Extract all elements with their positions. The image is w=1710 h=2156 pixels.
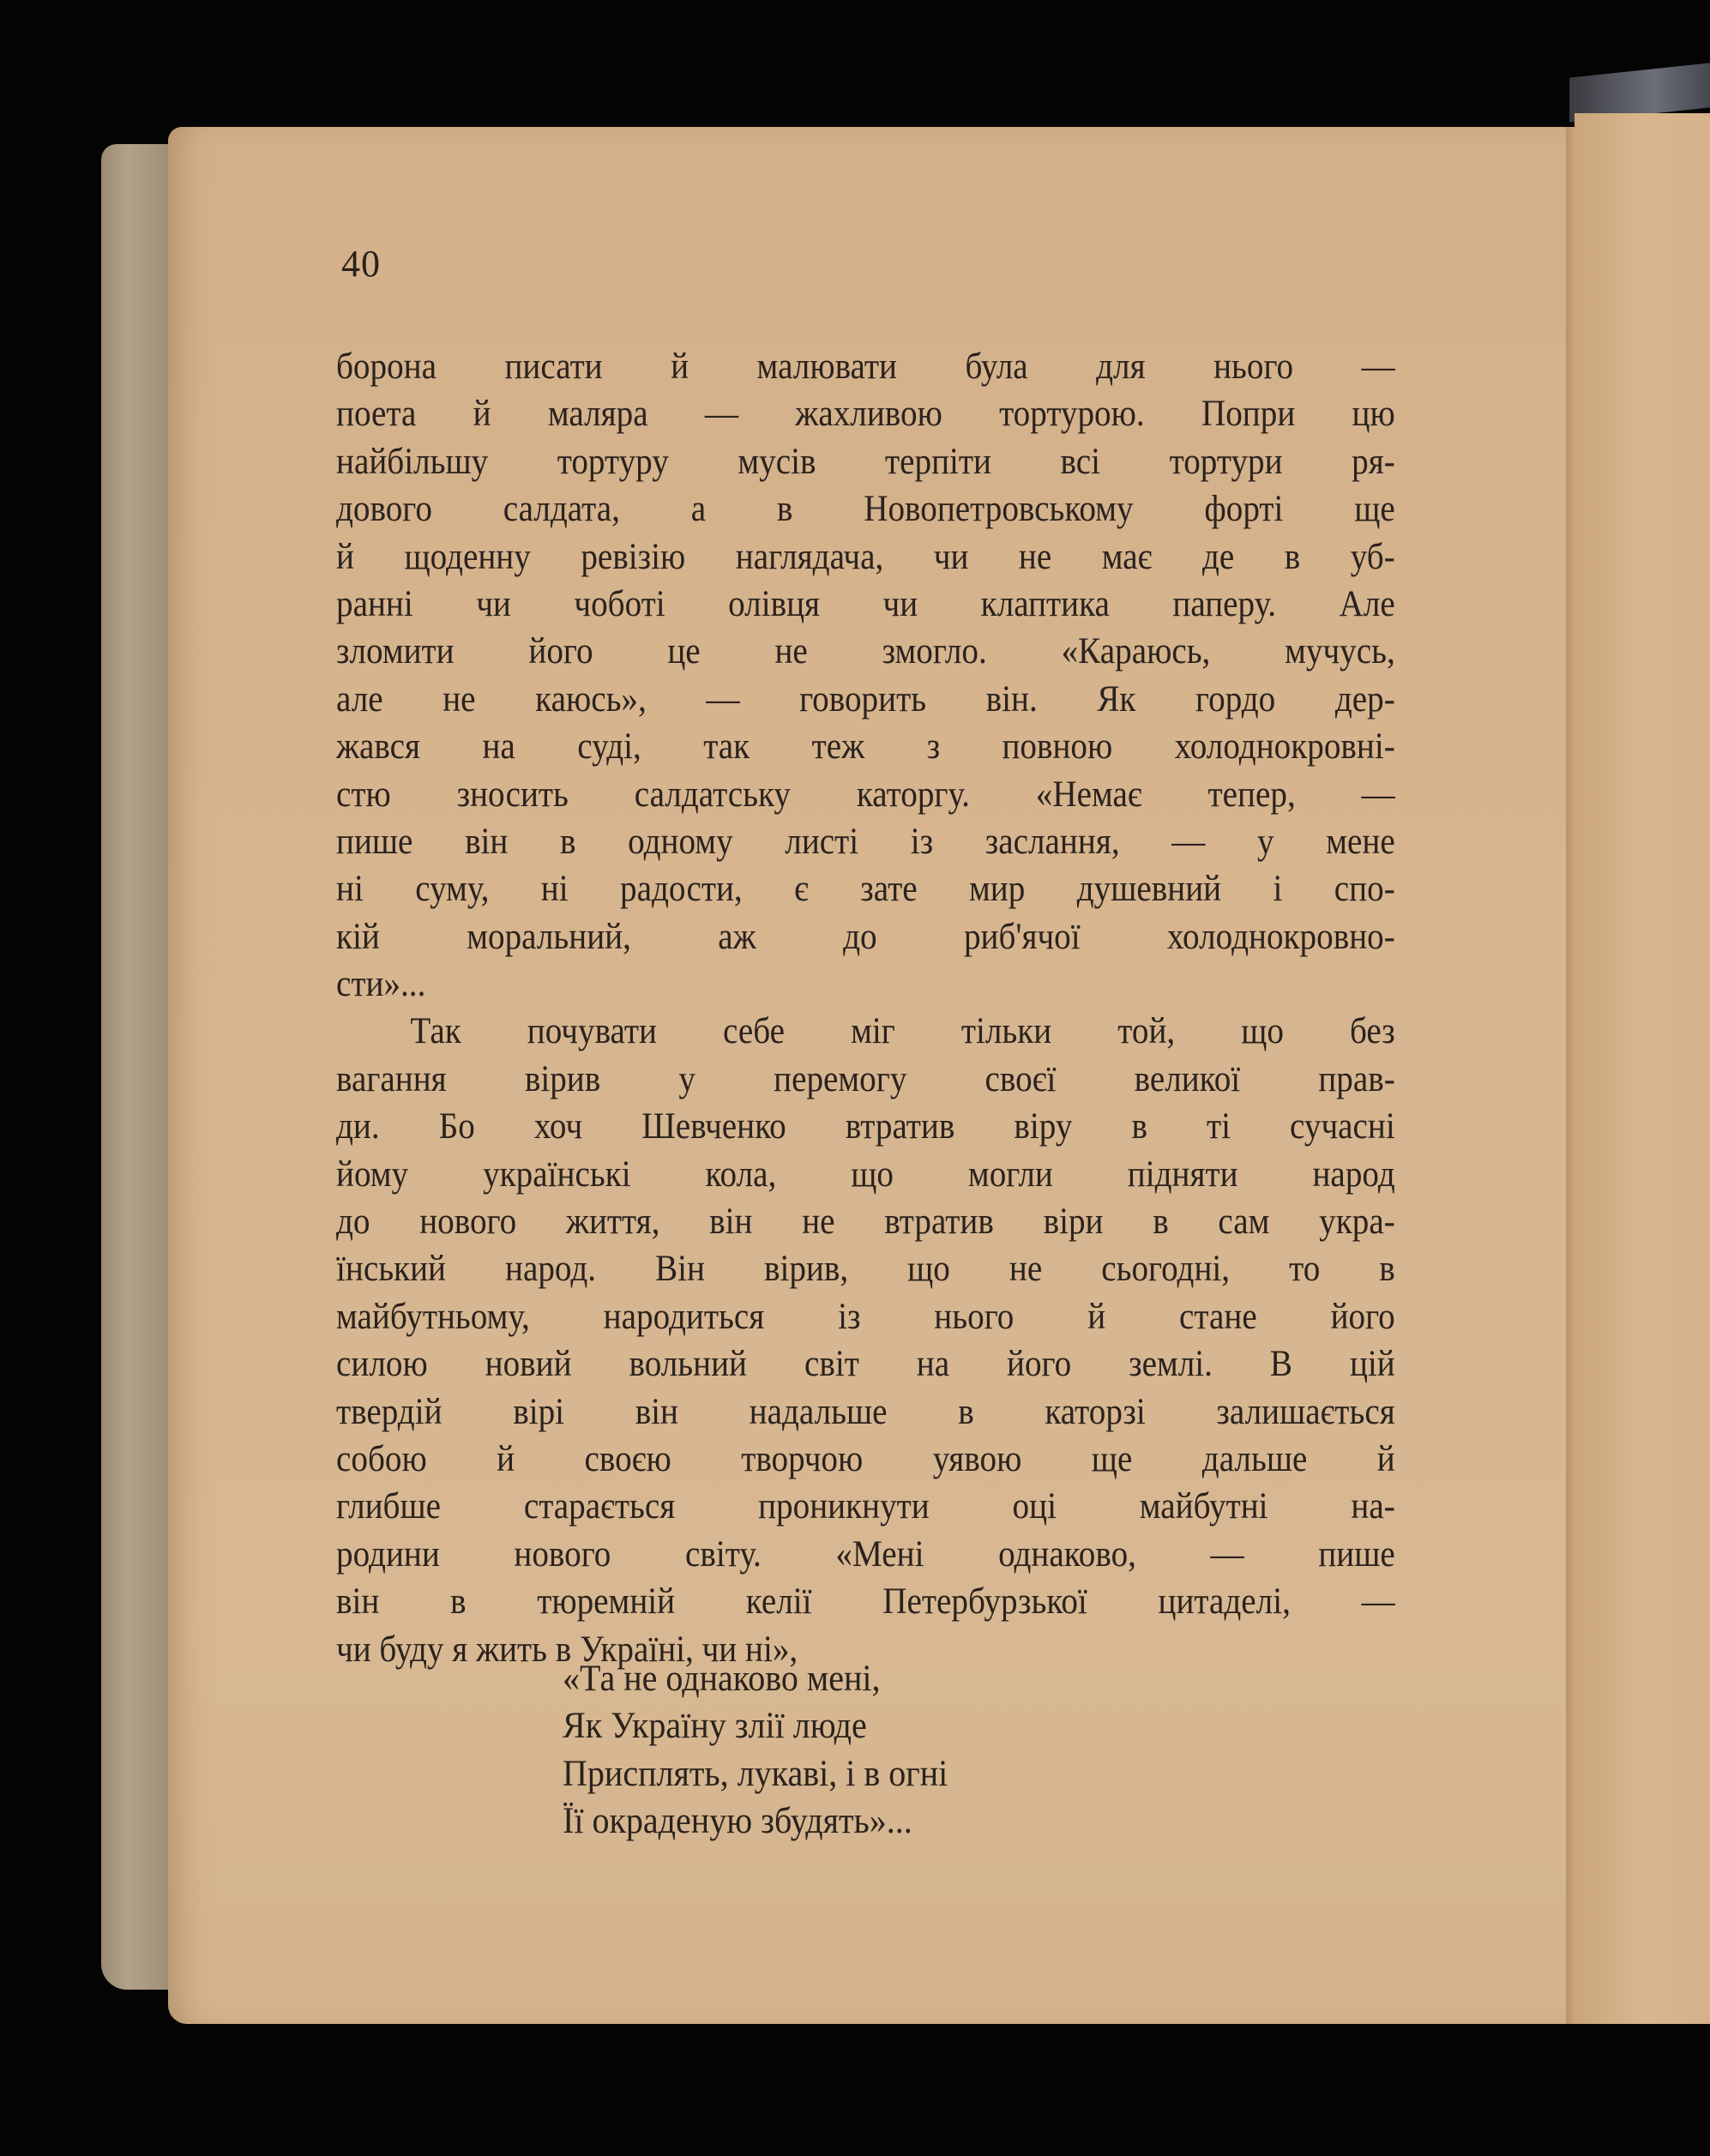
text-line: йому українські кола, що могли підняти н… [336, 1151, 1395, 1198]
text-line: ранні чи чоботі олівця чи клаптика папер… [336, 581, 1395, 628]
text-line: вагання вірив у перемогу своєї великої п… [336, 1056, 1395, 1103]
body-text: борона писати й малювати була для нього … [336, 343, 1396, 1673]
right-page-strip [1575, 113, 1710, 2024]
page-number: 40 [341, 242, 381, 286]
verse-line: Як Україну злії люде [563, 1702, 948, 1749]
text-line: поета й маляра — жахливою тортурою. Попр… [336, 390, 1395, 437]
text-line: але не каюсь», — говорить він. Як гордо … [336, 676, 1395, 723]
verse-line: «Та не однаково мені, [563, 1655, 948, 1702]
text-line: борона писати й малювати була для нього … [336, 343, 1395, 390]
text-line: сти»... [336, 961, 1395, 1008]
verse-line: Присплять, лукаві, і в огні [563, 1750, 948, 1798]
text-line: Так почувати себе міг тільки той, що без [336, 1008, 1395, 1055]
text-line: жався на суді, так теж з повною холоднок… [336, 723, 1395, 770]
verse-line: Її окраденую збудять»... [563, 1798, 948, 1845]
text-line: пише він в одному листі із заслання, — у… [336, 818, 1395, 865]
text-line: силою новий вольний світ на його землі. … [336, 1340, 1395, 1388]
text-line: кій моральний, аж до риб'ячої холоднокро… [336, 913, 1395, 961]
verse-quote: «Та не однаково мені, Як Україну злії лю… [563, 1655, 981, 1846]
text-line: твердій вірі він надальше в каторзі зали… [336, 1388, 1395, 1436]
text-line: зломити його це не змогло. «Караюсь, муч… [336, 628, 1395, 675]
text-line: до нового життя, він не втратив віри в с… [336, 1198, 1395, 1245]
text-line: дового салдата, а в Новопетровському фор… [336, 485, 1395, 533]
text-line: ні суму, ні радости, є зате мир душевний… [336, 865, 1395, 912]
text-line: собою й своєю творчою уявою ще дальше й [336, 1436, 1395, 1483]
book-block-edge [101, 144, 168, 1990]
text-line: майбутньому, народиться із нього й стане… [336, 1293, 1395, 1340]
book-gutter [1566, 127, 1575, 2024]
text-line: ди. Бо хоч Шевченко втратив віру в ті су… [336, 1103, 1395, 1150]
text-line: родини нового світу. «Мені однаково, — п… [336, 1531, 1395, 1578]
text-line: й щоденну ревізію наглядача, чи не має д… [336, 533, 1395, 581]
text-line: їнський народ. Він вірив, що не сьогодні… [336, 1245, 1395, 1292]
text-line: він в тюремній келії Петербурзької цитад… [336, 1578, 1395, 1625]
text-line: глибше старається проникнути оці майбутн… [336, 1483, 1395, 1530]
text-line: найбільшу тортуру мусів терпіти всі торт… [336, 438, 1395, 485]
text-line: стю зносить салдатську каторгу. «Немає т… [336, 771, 1395, 818]
